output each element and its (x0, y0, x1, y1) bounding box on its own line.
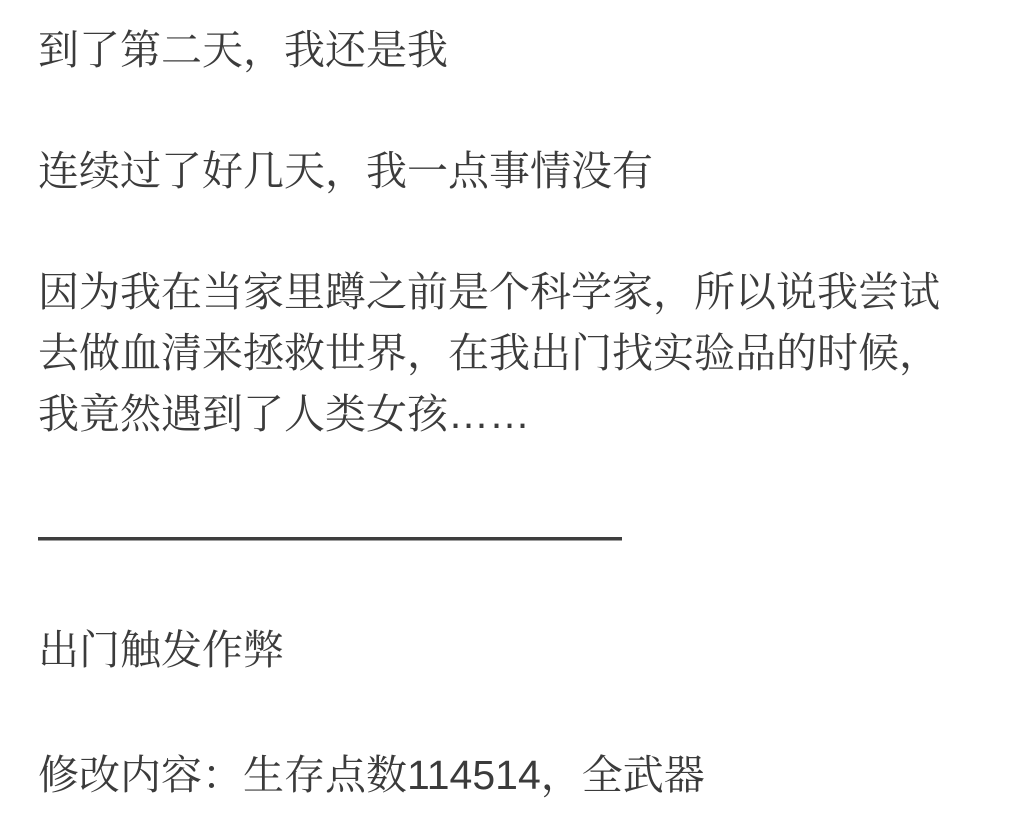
story-paragraph-3: 因为我在当家里蹲之前是个科学家，所以说我尝试去做血清来拯救世界，在我出门找实验品… (38, 262, 958, 445)
novel-text-page: 到了第二天，我还是我 连续过了好几天，我一点事情没有 因为我在当家里蹲之前是个科… (0, 0, 1024, 806)
cheat-modification-line: 修改内容：生存点数114514，全武器 (38, 745, 958, 806)
scene-divider-line (38, 537, 622, 541)
story-paragraph-1: 到了第二天，我还是我 (38, 20, 958, 81)
story-paragraph-2: 连续过了好几天，我一点事情没有 (38, 141, 958, 202)
cheat-trigger-line: 出门触发作弊 (38, 620, 958, 681)
